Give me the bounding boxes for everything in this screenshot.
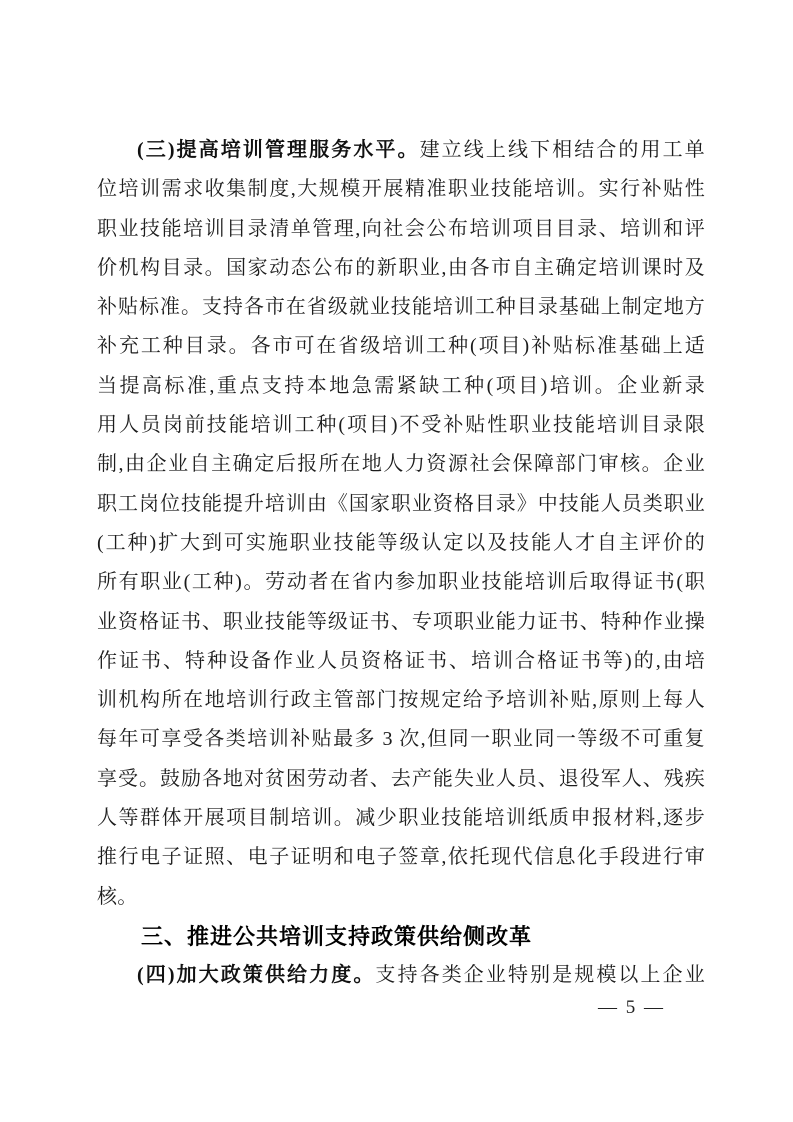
text-line: (三)提高培训管理服务水平。建立线上线下相结合的用工单 [97, 131, 705, 170]
text-line: 价机构目录。国家动态公布的新职业,由各市自主确定培训课时及 [97, 249, 705, 288]
text-line: 人等群体开展项目制培训。减少职业技能培训纸质申报材料,逐步 [97, 799, 705, 838]
text-line: 补贴标准。支持各市在省级就业技能培训工种目录基础上制定地方 [97, 288, 705, 327]
text-line: 作证书、特种设备作业人员资格证书、培训合格证书等)的,由培 [97, 642, 705, 681]
body-text: 建立线上线下相结合的用工单 [420, 139, 705, 161]
body-text: 价机构目录。国家动态公布的新职业,由各市自主确定培训课时及 [97, 257, 705, 279]
text-line: 核。 [97, 878, 705, 917]
body-text: 业资格证书、职业技能等级证书、专项职业能力证书、特种作业操 [97, 611, 705, 633]
body-text: 核。 [97, 886, 138, 908]
subsection-title: (四)加大政策供给力度。 [137, 964, 375, 986]
body-text: 补充工种目录。各市可在省级培训工种(项目)补贴标准基础上适 [97, 335, 705, 357]
body-text: 当提高标准,重点支持本地急需紧缺工种(项目)培训。企业新录 [97, 375, 705, 397]
body-text: 训机构所在地培训行政主管部门按规定给予培训补贴,原则上每人 [97, 689, 705, 711]
text-line: 训机构所在地培训行政主管部门按规定给予培训补贴,原则上每人 [97, 681, 705, 720]
chapter-heading-line: 三、推进公共培训支持政策供给侧改革 [97, 917, 705, 956]
body-text: 推行电子证照、电子证明和电子签章,依托现代信息化手段进行审 [97, 846, 705, 868]
text-block: (三)提高培训管理服务水平。建立线上线下相结合的用工单位培训需求收集制度,大规模… [97, 131, 705, 996]
body-text: (工种)扩大到可实施职业技能等级认定以及技能人才自主评价的 [97, 532, 705, 554]
body-text: 享受。鼓励各地对贫困劳动者、去产能失业人员、退役军人、残疾 [97, 768, 705, 790]
body-text: 作证书、特种设备作业人员资格证书、培训合格证书等)的,由培 [97, 650, 705, 672]
page-number: — 5 — [598, 997, 665, 1019]
text-line: 补充工种目录。各市可在省级培训工种(项目)补贴标准基础上适 [97, 327, 705, 366]
body-text: 职工岗位技能提升培训由《国家职业资格目录》中技能人员类职业 [97, 493, 705, 515]
text-line: (工种)扩大到可实施职业技能等级认定以及技能人才自主评价的 [97, 524, 705, 563]
body-text: 人等群体开展项目制培训。减少职业技能培训纸质申报材料,逐步 [97, 807, 705, 829]
text-line: 每年可享受各类培训补贴最多 3 次,但同一职业同一等级不可重复 [97, 720, 705, 759]
body-text: 补贴标准。支持各市在省级就业技能培训工种目录基础上制定地方 [97, 296, 705, 318]
text-line: 职业技能培训目录清单管理,向社会公布培训项目目录、培训和评 [97, 210, 705, 249]
text-line: 位培训需求收集制度,大规模开展精准职业技能培训。实行补贴性 [97, 170, 705, 209]
body-text: 位培训需求收集制度,大规模开展精准职业技能培训。实行补贴性 [97, 178, 705, 200]
text-line: 享受。鼓励各地对贫困劳动者、去产能失业人员、退役军人、残疾 [97, 760, 705, 799]
text-line: 职工岗位技能提升培训由《国家职业资格目录》中技能人员类职业 [97, 485, 705, 524]
document-page: (三)提高培训管理服务水平。建立线上线下相结合的用工单位培训需求收集制度,大规模… [0, 0, 793, 1122]
text-line: (四)加大政策供给力度。支持各类企业特别是规模以上企业 [97, 956, 705, 995]
text-line: 推行电子证照、电子证明和电子签章,依托现代信息化手段进行审 [97, 838, 705, 877]
body-text: 用人员岗前技能培训工种(项目)不受补贴性职业技能培训目录限 [97, 414, 705, 436]
body-text: 职业技能培训目录清单管理,向社会公布培训项目目录、培训和评 [97, 218, 705, 240]
text-line: 制,由企业自主确定后报所在地人力资源社会保障部门审核。企业 [97, 445, 705, 484]
text-line: 当提高标准,重点支持本地急需紧缺工种(项目)培训。企业新录 [97, 367, 705, 406]
body-text: 支持各类企业特别是规模以上企业 [375, 964, 705, 986]
body-text: 所有职业(工种)。劳动者在省内参加职业技能培训后取得证书(职 [97, 571, 705, 593]
body-text: 制,由企业自主确定后报所在地人力资源社会保障部门审核。企业 [97, 453, 705, 475]
subsection-title: (三)提高培训管理服务水平。 [137, 139, 420, 161]
chapter-title: 三、推进公共培训支持政策供给侧改革 [141, 924, 532, 949]
body-text: 每年可享受各类培训补贴最多 3 次,但同一职业同一等级不可重复 [97, 728, 705, 750]
text-line: 用人员岗前技能培训工种(项目)不受补贴性职业技能培训目录限 [97, 406, 705, 445]
text-line: 所有职业(工种)。劳动者在省内参加职业技能培训后取得证书(职 [97, 563, 705, 602]
text-line: 业资格证书、职业技能等级证书、专项职业能力证书、特种作业操 [97, 603, 705, 642]
